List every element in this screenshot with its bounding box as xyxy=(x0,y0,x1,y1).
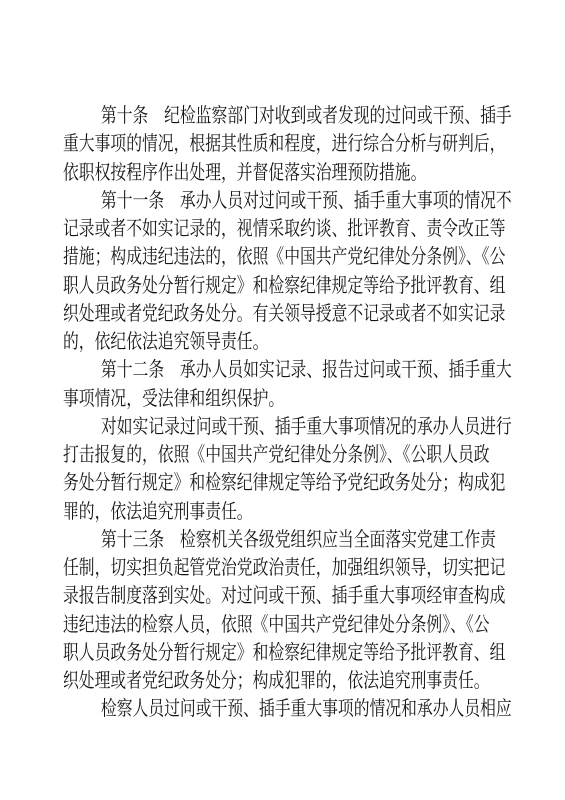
text-line: 第十一条 承办人员对过问或干预、插手重大事项的情况不 xyxy=(63,187,553,215)
text-line: 第十条 纪检监察部门对收到或者发现的过问或干预、插手 xyxy=(63,102,553,130)
text-line: 织处理或者党纪政务处分。有关领导授意不记录或者不如实记录 xyxy=(63,300,553,328)
text-line: 罪的，依法追究刑事责任。 xyxy=(63,498,553,526)
text-line: 职人员政务处分暂行规定》和检察纪律规定等给予批评教育、组 xyxy=(63,272,553,300)
text-line: 措施；构成违纪违法的，依照《中国共产党纪律处分条例》、《公 xyxy=(63,243,553,271)
text-line: 对如实记录过问或干预、插手重大事项情况的承办人员进行 xyxy=(63,413,553,441)
text-line: 违纪违法的检察人员，依照《中国共产党纪律处分条例》、《公 xyxy=(63,611,553,639)
text-line: 检察人员过问或干预、插手重大事项的情况和承办人员相应 xyxy=(63,695,553,723)
text-line: 事项情况，受法律和组织保护。 xyxy=(63,385,553,413)
text-line: 第十二条 承办人员如实记录、报告过问或干预、插手重大 xyxy=(63,356,553,384)
paragraph-article-12-continued: 对如实记录过问或干预、插手重大事项情况的承办人员进行 打击报复的，依照《中国共产… xyxy=(63,413,553,526)
paragraph-article-13-continued: 检察人员过问或干预、插手重大事项的情况和承办人员相应 xyxy=(63,695,553,723)
text-line: 第十三条 检察机关各级党组织应当全面落实党建工作责 xyxy=(63,526,553,554)
text-line: 录报告制度落到实处。对过问或干预、插手重大事项经审查构成 xyxy=(63,582,553,610)
text-line: 打击报复的，依照《中国共产党纪律处分条例》、《公职人员政 xyxy=(63,441,553,469)
text-line: 记录或者不如实记录的，视情采取约谈、批评教育、责令改正等 xyxy=(63,215,553,243)
text-line: 职人员政务处分暂行规定》和检察纪律规定等给予批评教育、组 xyxy=(63,639,553,667)
text-line: 务处分暂行规定》和检察纪律规定等给予党纪政务处分；构成犯 xyxy=(63,469,553,497)
text-line: 依职权按程序作出处理，并督促落实治理预防措施。 xyxy=(63,159,553,187)
text-line: 任制，切实担负起管党治党政治责任，加强组织领导，切实把记 xyxy=(63,554,553,582)
text-line: 的，依纪依法追究领导责任。 xyxy=(63,328,553,356)
text-line: 织处理或者党纪政务处分；构成犯罪的，依法追究刑事责任。 xyxy=(63,667,553,695)
paragraph-article-10: 第十条 纪检监察部门对收到或者发现的过问或干预、插手 重大事项的情况，根据其性质… xyxy=(63,102,553,187)
text-line: 重大事项的情况，根据其性质和程度，进行综合分析与研判后， xyxy=(63,130,553,158)
paragraph-article-13: 第十三条 检察机关各级党组织应当全面落实党建工作责 任制，切实担负起管党治党政治… xyxy=(63,526,553,696)
document-page: 第十条 纪检监察部门对收到或者发现的过问或干预、插手 重大事项的情况，根据其性质… xyxy=(0,0,565,800)
paragraph-article-11: 第十一条 承办人员对过问或干预、插手重大事项的情况不 记录或者不如实记录的，视情… xyxy=(63,187,553,357)
document-text: 第十条 纪检监察部门对收到或者发现的过问或干预、插手 重大事项的情况，根据其性质… xyxy=(63,102,553,724)
paragraph-article-12: 第十二条 承办人员如实记录、报告过问或干预、插手重大 事项情况，受法律和组织保护… xyxy=(63,356,553,413)
